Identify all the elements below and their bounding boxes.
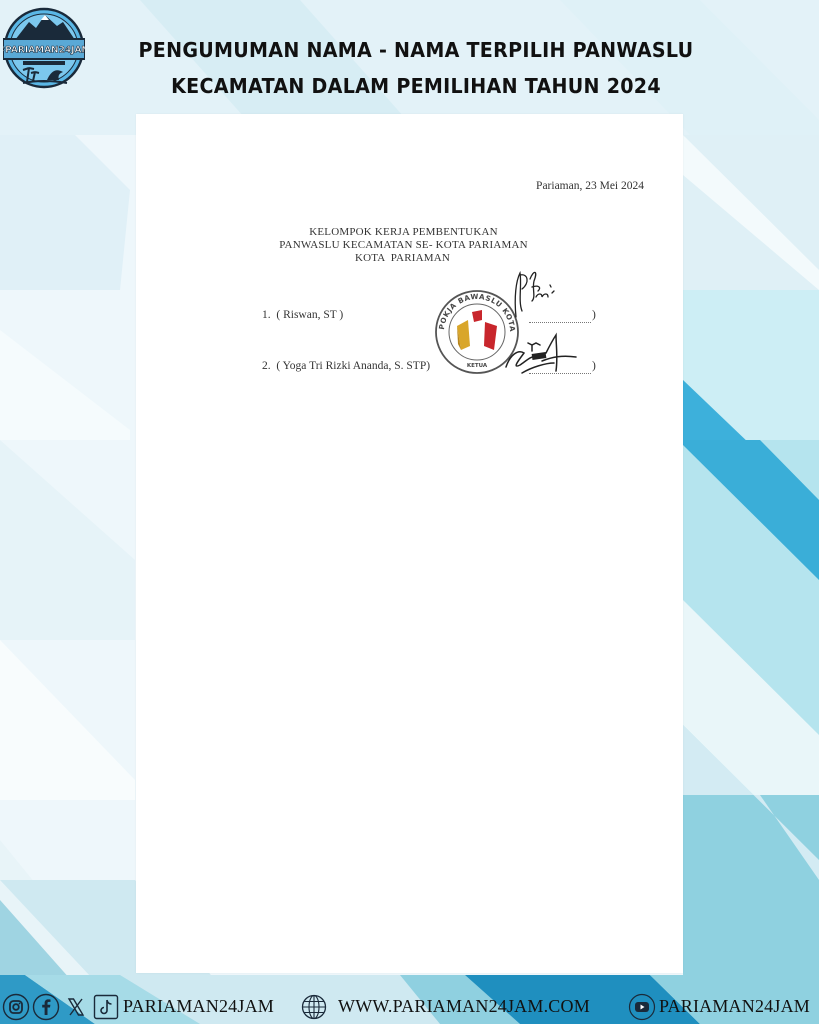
- svg-text:KETUA: KETUA: [467, 363, 488, 369]
- document-heading: KELOMPOK KERJA PEMBENTUKAN PANWASLU KECA…: [136, 226, 683, 265]
- signature-2-scribble: [502, 327, 586, 379]
- signatory-2: 2. ( Yoga Tri Rizki Ananda, S. STP): [262, 360, 430, 372]
- title-line-1: PENGUMUMAN NAMA - NAMA TERPILIH PANWASLU: [118, 32, 713, 68]
- document-page: Pariaman, 23 Mei 2024 KELOMPOK KERJA PEM…: [136, 114, 683, 973]
- announcement-title: PENGUMUMAN NAMA - NAMA TERPILIH PANWASLU…: [118, 32, 713, 104]
- footer-social-bar: PARIAMAN24JAM WWW.PARIAMAN24JAM.COM PARI…: [0, 990, 819, 1024]
- heading-line-1: KELOMPOK KERJA PEMBENTUKAN: [124, 226, 683, 239]
- x-icon[interactable]: [62, 993, 90, 1021]
- instagram-icon[interactable]: [2, 993, 30, 1021]
- signatory-1: 1. ( Riswan, ST ): [262, 309, 343, 321]
- signature-close-2: ): [592, 360, 596, 372]
- heading-line-3: KOTA PARIAMAN: [122, 252, 683, 265]
- pariaman24jam-logo: #PARIAMAN24JAM: [3, 6, 85, 90]
- globe-icon: [300, 993, 328, 1021]
- signatory-name: ( Yoga Tri Rizki Ananda, S. STP): [276, 360, 430, 372]
- signatory-number: 2.: [262, 360, 271, 372]
- youtube-handle[interactable]: PARIAMAN24JAM: [659, 996, 810, 1017]
- title-line-2: KECAMATAN DALAM PEMILIHAN TAHUN 2024: [118, 68, 713, 104]
- facebook-icon[interactable]: [32, 993, 60, 1021]
- signature-close-1: ): [592, 309, 596, 321]
- svg-text:#PARIAMAN24JAM: #PARIAMAN24JAM: [3, 46, 85, 56]
- signatory-name: ( Riswan, ST ): [276, 309, 343, 321]
- heading-line-2: PANWASLU KECAMATAN SE- KOTA PARIAMAN: [124, 239, 683, 252]
- document-date: Pariaman, 23 Mei 2024: [536, 180, 644, 192]
- signatory-number: 1.: [262, 309, 271, 321]
- tiktok-icon[interactable]: [92, 993, 120, 1021]
- website-link[interactable]: WWW.PARIAMAN24JAM.COM: [338, 996, 590, 1017]
- signature-1-scribble: [508, 267, 568, 327]
- social-handle[interactable]: PARIAMAN24JAM: [123, 996, 274, 1017]
- youtube-icon[interactable]: [628, 993, 656, 1021]
